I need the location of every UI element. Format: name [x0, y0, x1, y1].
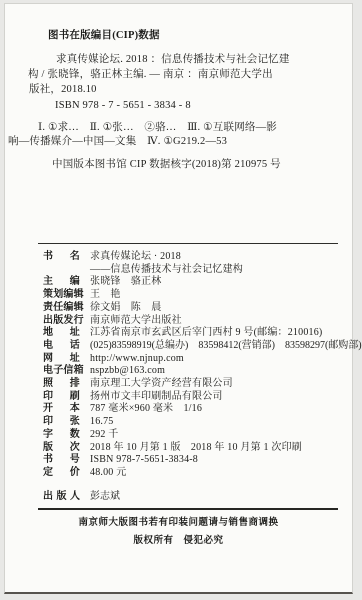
colophon-label: 定价: [43, 467, 80, 480]
colophon-label: 照排: [43, 378, 80, 391]
exchange-notice: 南京师大版图书若有印装问题请与销售商调换: [5, 514, 352, 528]
divider-bottom: [38, 508, 338, 510]
colophon-value: http://www.njnup.com: [90, 353, 184, 366]
colophon-row-typesetting: 照排 南京理工大学资产经营有限公司: [43, 378, 362, 391]
colophon-value: 王 艳: [90, 289, 121, 302]
colophon-label: 网址: [43, 353, 80, 366]
colophon-value: 南京师范大学出版社: [90, 315, 182, 328]
colophon-row-format: 开本 787 毫米×960 毫米 1/16: [43, 403, 362, 416]
colophon-row-address: 地址 江苏省南京市玄武区后宰门西村 9 号(邮编：210016): [43, 327, 362, 340]
colophon-value: (025)83598919(总编办) 83598412(营销部) 8359829…: [90, 340, 362, 353]
colophon-label: 责任编辑: [43, 302, 80, 315]
colophon-row-editors: 主编 张晓锋 骆正林: [43, 276, 362, 289]
colophon-table: 书名 求真传媒论坛 · 2018 ——信息传播技术与社会记忆建构 主编 张晓锋 …: [43, 251, 362, 480]
colophon-value: ISBN 978-7-5651-3834-8: [90, 454, 198, 467]
colophon-value: 787 毫米×960 毫米 1/16: [90, 403, 202, 416]
colophon-label: 书名: [43, 251, 80, 276]
colophon-value: nspzbb@163.com: [90, 365, 165, 378]
colophon-value: 求真传媒论坛 · 2018 ——信息传播技术与社会记忆建构: [90, 251, 243, 276]
colophon-label: 主编: [43, 276, 80, 289]
colophon-value: 南京理工大学资产经营有限公司: [90, 378, 233, 391]
colophon-label: 字数: [43, 429, 80, 442]
colophon-value: 江苏省南京市玄武区后宰门西村 9 号(邮编：210016): [90, 327, 322, 340]
colophon-row-printing: 印刷 扬州市文丰印刷制品有限公司: [43, 391, 362, 404]
colophon-value: 48.00 元: [90, 467, 126, 480]
colophon-value: 张晓锋 骆正林: [90, 276, 161, 289]
cip-record-number: 中国版本图书馆 CIP 数据核字(2018)第 210975 号: [52, 158, 281, 171]
colophon-label: 出版发行: [43, 315, 80, 328]
colophon-value: 徐文娟 陈 晨: [90, 302, 161, 315]
cip-header: 图书在版编目(CIP)数据: [48, 29, 160, 42]
colophon-label: 地址: [43, 327, 80, 340]
colophon-label: 开本: [43, 403, 80, 416]
scanned-book-page: 图书在版编目(CIP)数据 求真传媒论坛. 2018 ：信息传播技术与社会记忆建…: [0, 0, 362, 600]
colophon-label: 电话: [43, 340, 80, 353]
colophon-value: 扬州市文丰印刷制品有限公司: [90, 391, 223, 404]
copyright-page: 图书在版编目(CIP)数据 求真传媒论坛. 2018 ：信息传播技术与社会记忆建…: [4, 3, 353, 594]
colophon-value: 16.75: [90, 416, 114, 429]
publisher-person-name: 彭志斌: [90, 491, 120, 504]
colophon-label: 电子信箱: [43, 365, 80, 378]
colophon-row-telephone: 电话 (025)83598919(总编办) 83598412(营销部) 8359…: [43, 340, 362, 353]
colophon-row-edition: 版次 2018 年 10 月第 1 版 2018 年 10 月第 1 次印刷: [43, 442, 362, 455]
cip-title-line-2: 构 / 张晓锋，骆正林主编. — 南京 ：南京师范大学出: [28, 68, 273, 81]
cip-classification-line-2: 响—传播媒介—中国—文集 Ⅳ. ①G219.2—53: [8, 135, 227, 148]
colophon-row-word-count: 字数 292 千: [43, 429, 362, 442]
colophon-label: 印刷: [43, 391, 80, 404]
colophon-value: 2018 年 10 月第 1 版 2018 年 10 月第 1 次印刷: [90, 442, 302, 455]
colophon-label: 策划编辑: [43, 289, 80, 302]
book-title: 求真传媒论坛 · 2018: [90, 251, 243, 264]
colophon-row-website: 网址 http://www.njnup.com: [43, 353, 362, 366]
colophon-label: 书号: [43, 454, 80, 467]
colophon-row-publisher-person: 出版人 彭志斌: [43, 491, 120, 504]
cip-classification-line-1: Ⅰ. ①求… Ⅱ. ①张… ②骆… Ⅲ. ①互联网络—影: [38, 121, 277, 134]
colophon-row-responsible-editor: 责任编辑 徐文娟 陈 晨: [43, 302, 362, 315]
colophon-label: 印张: [43, 416, 80, 429]
colophon-row-planning-editor: 策划编辑 王 艳: [43, 289, 362, 302]
book-subtitle: ——信息传播技术与社会记忆建构: [90, 264, 243, 277]
colophon-row-price: 定价 48.00 元: [43, 467, 362, 480]
colophon-row-title: 书名 求真传媒论坛 · 2018 ——信息传播技术与社会记忆建构: [43, 251, 362, 276]
colophon-label: 版次: [43, 442, 80, 455]
colophon-row-email: 电子信箱 nspzbb@163.com: [43, 365, 362, 378]
cip-title-line-1: 求真传媒论坛. 2018 ：信息传播技术与社会记忆建: [56, 53, 290, 66]
cip-isbn: ISBN 978 - 7 - 5651 - 3834 - 8: [55, 99, 191, 112]
copyright-notice: 版权所有 侵犯必究: [5, 532, 352, 546]
colophon-row-sheets: 印张 16.75: [43, 416, 362, 429]
cip-title-line-3: 版社，2018.10: [29, 83, 97, 96]
divider-top: [38, 243, 338, 244]
colophon-label: 出版人: [43, 491, 80, 504]
colophon-row-publisher-name: 出版发行 南京师范大学出版社: [43, 315, 362, 328]
colophon-value: 292 千: [90, 429, 119, 442]
colophon-row-isbn: 书号 ISBN 978-7-5651-3834-8: [43, 454, 362, 467]
